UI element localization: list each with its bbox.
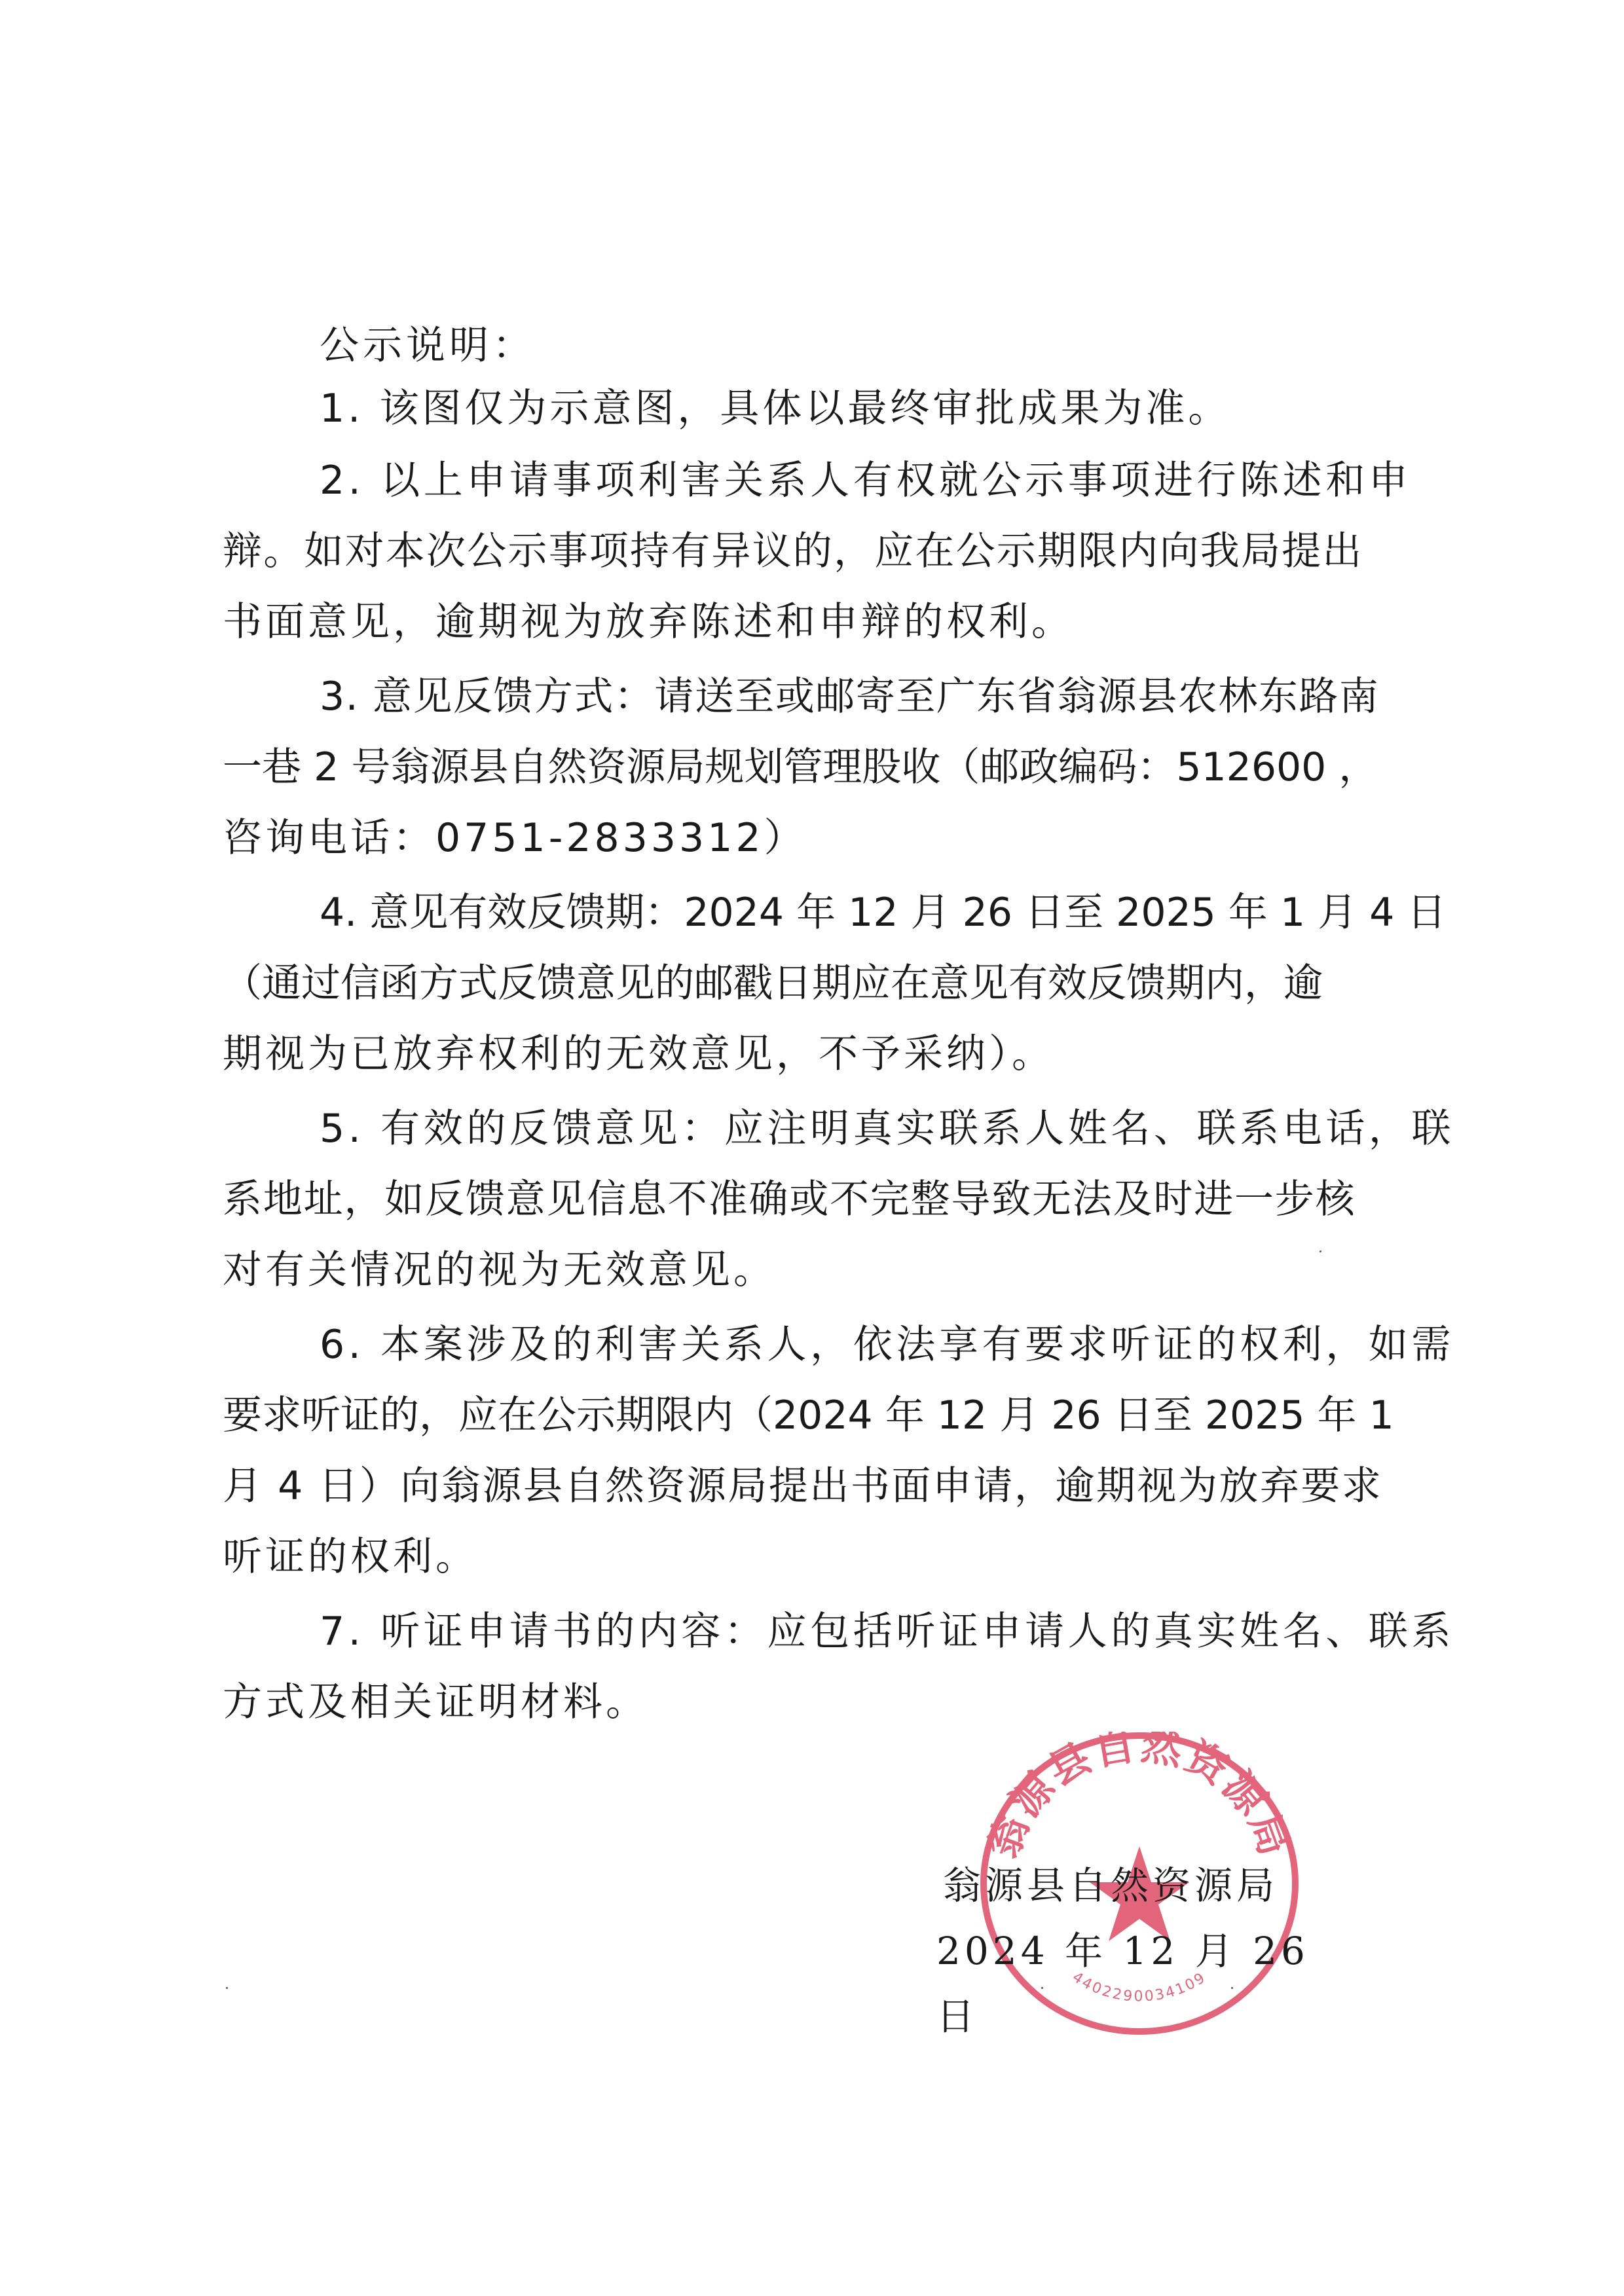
- document-page: 公示说明： 1. 该图仅为示意图，具体以最终审批成果为准。 2. 以上申请事项利…: [0, 0, 1624, 2296]
- item-3-line-3: 咨询电话：0751-2833312）: [223, 806, 807, 870]
- item-6-line-2: 要求听证的，应在公示期限内（2024 年 12 月 26 日至 2025 年 1: [223, 1383, 1394, 1448]
- scan-speck: [1319, 1250, 1321, 1252]
- item-5-line-1: 5. 有效的反馈意见：应注明真实联系人姓名、联系电话，联: [320, 1097, 1454, 1161]
- item-1-line-1: 1. 该图仅为示意图，具体以最终审批成果为准。: [320, 376, 1230, 441]
- item-5-line-2: 系地址，如反馈意见信息不准确或不完整导致无法及时进一步核: [223, 1167, 1356, 1231]
- item-6-line-4: 听证的权利。: [223, 1525, 478, 1589]
- item-7-line-1: 7. 听证申请书的内容：应包括听证申请人的真实姓名、联系: [320, 1599, 1454, 1664]
- signature-date: 2024 年 12 月 26 日: [936, 1918, 1336, 2049]
- item-7-line-2: 方式及相关证明材料。: [223, 1670, 648, 1734]
- item-6-line-3: 月 4 日）向翁源县自然资源局提出书面申请，逾期视为放弃要求: [223, 1454, 1382, 1518]
- signature-organization: 翁源县自然资源局: [943, 1853, 1336, 1918]
- item-3-line-2: 一巷 2 号翁源县自然资源局规划管理股收（邮政编码：512600 ，: [223, 735, 1378, 799]
- item-4-line-1: 4. 意见有效反馈期：2024 年 12 月 26 日至 2025 年 1 月 …: [320, 881, 1447, 945]
- item-3-line-1: 3. 意见反馈方式：请送至或邮寄至广东省翁源县农林东路南: [320, 665, 1379, 729]
- notice-heading: 公示说明：: [320, 313, 536, 378]
- item-5-line-3: 对有关情况的视为无效意见。: [223, 1238, 776, 1302]
- seal-arc-text: 翁源县自然资源局: [979, 1732, 1300, 1864]
- item-2-line-3: 书面意见，逾期视为放弃陈述和申辩的权利。: [223, 590, 1074, 654]
- scan-speck: [226, 1987, 228, 1989]
- item-2-line-1: 2. 以上申请事项利害关系人有权就公示事项进行陈述和申: [320, 448, 1412, 513]
- item-4-line-2: （通过信函方式反馈意见的邮戳日期应在意见有效反馈期内，逾: [223, 951, 1323, 1015]
- item-4-line-3: 期视为已放弃权利的无效意见，不予采纳）。: [223, 1022, 1054, 1086]
- item-6-line-1: 6. 本案涉及的利害关系人，依法享有要求听证的权利，如需: [320, 1313, 1454, 1377]
- signature-block: 翁源县自然资源局 2024 年 12 月 26 日: [943, 1853, 1336, 2049]
- svg-text:翁源县自然资源局: 翁源县自然资源局: [979, 1732, 1300, 1864]
- item-2-line-2: 辩。如对本次公示事项持有异议的，应在公示期限内向我局提出: [223, 519, 1363, 583]
